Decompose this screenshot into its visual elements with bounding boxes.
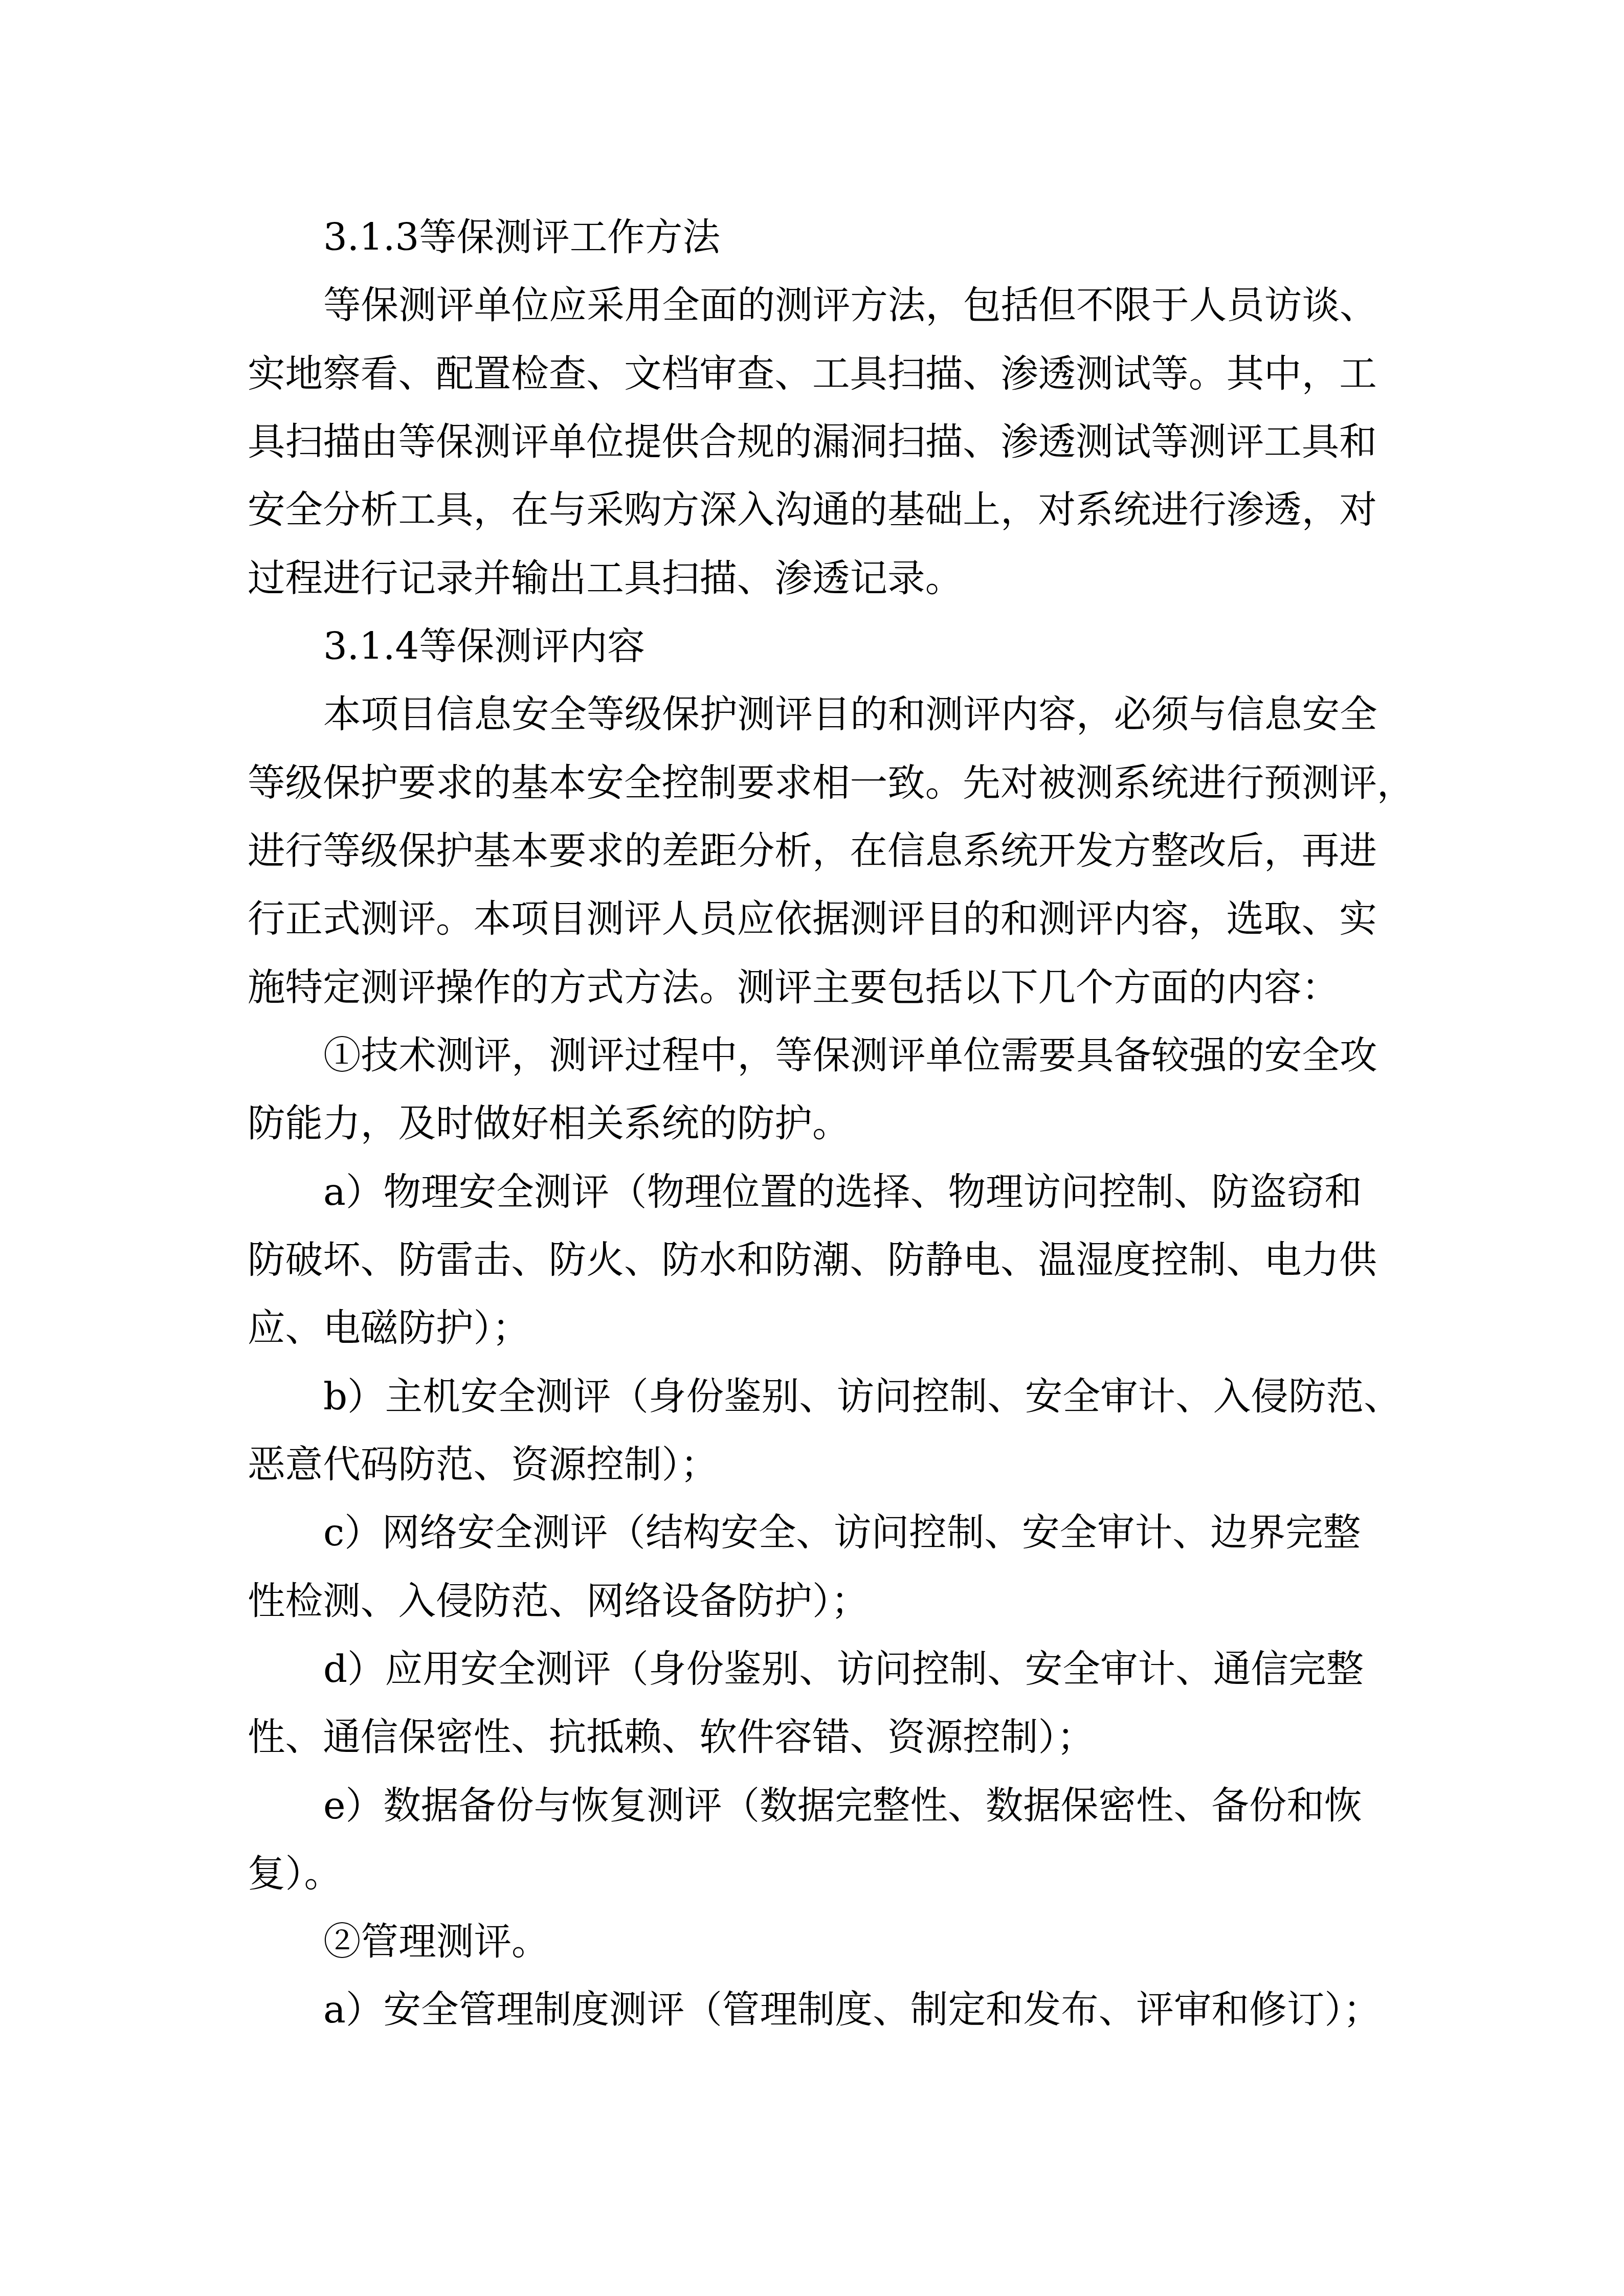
document-page: 3.1.3等保测评工作方法 等保测评单位应采用全面的测评方法，包括但不限于人员访… (0, 0, 1624, 2296)
list-item-line: 防能力，及时做好相关系统的防护。 (248, 1105, 850, 1143)
sub-item-physical-security: a）物理安全测评（物理位置的选择、物理访问控制、防盗窃和 (323, 1174, 1362, 1211)
sub-item-line: 性、通信保密性、抗抵赖、软件容错、资源控制）； (248, 1719, 1095, 1757)
sub-item-line: 防破坏、防雷击、防火、防水和防潮、防静电、温湿度控制、电力供 (248, 1242, 1377, 1279)
paragraph-line: 实地察看、配置检查、文档审查、工具扫描、渗透测试等。其中，工 (248, 355, 1377, 393)
sub-item-line: 应、电磁防护）； (248, 1310, 530, 1347)
sub-item-application-security: d）应用安全测评（身份鉴别、访问控制、安全审计、通信完整 (323, 1651, 1364, 1689)
paragraph-line: 等级保护要求的基本安全控制要求相一致。先对被测系统进行预测评， (248, 764, 1414, 802)
paragraph-line: 本项目信息安全等级保护测评目的和测评内容，必须与信息安全 (323, 696, 1377, 734)
section-heading-3-1-3: 3.1.3等保测评工作方法 (323, 219, 720, 257)
list-item-management-assessment: ②管理测评。 (323, 1923, 549, 1961)
sub-item-host-security: b）主机安全测评（身份鉴别、访问控制、安全审计、入侵防范、 (323, 1378, 1401, 1416)
sub-item-network-security: c）网络安全测评（结构安全、访问控制、安全审计、边界完整 (323, 1514, 1361, 1552)
sub-item-security-management-policy: a）安全管理制度测评（管理制度、制定和发布、评审和修订）； (323, 1991, 1381, 2029)
sub-item-data-backup: e）数据备份与恢复测评（数据完整性、数据保密性、备份和恢 (323, 1787, 1362, 1825)
paragraph-line: 进行等级保护基本要求的差距分析，在信息系统开发方整改后，再进 (248, 832, 1377, 870)
paragraph-line: 安全分析工具，在与采购方深入沟通的基础上，对系统进行渗透，对 (248, 491, 1377, 529)
paragraph-line: 施特定测评操作的方式方法。测评主要包括以下几个方面的内容： (248, 969, 1339, 1007)
sub-item-line: 性检测、入侵防范、网络设备防护）； (248, 1583, 869, 1620)
list-item-technical-assessment: ①技术测评，测评过程中，等保测评单位需要具备较强的安全攻 (323, 1037, 1377, 1075)
sub-item-line: 复）。 (248, 1855, 342, 1893)
paragraph-line: 等保测评单位应采用全面的测评方法，包括但不限于人员访谈、 (323, 287, 1377, 325)
paragraph-line: 过程进行记录并输出工具扫描、渗透记录。 (248, 560, 963, 598)
sub-item-line: 恶意代码防范、资源控制）； (248, 1446, 718, 1484)
section-heading-3-1-4: 3.1.4等保测评内容 (323, 628, 645, 666)
paragraph-line: 具扫描由等保测评单位提供合规的漏洞扫描、渗透测试等测评工具和 (248, 423, 1377, 461)
paragraph-line: 行正式测评。本项目测评人员应依据测评目的和测评内容，选取、实 (248, 901, 1377, 938)
